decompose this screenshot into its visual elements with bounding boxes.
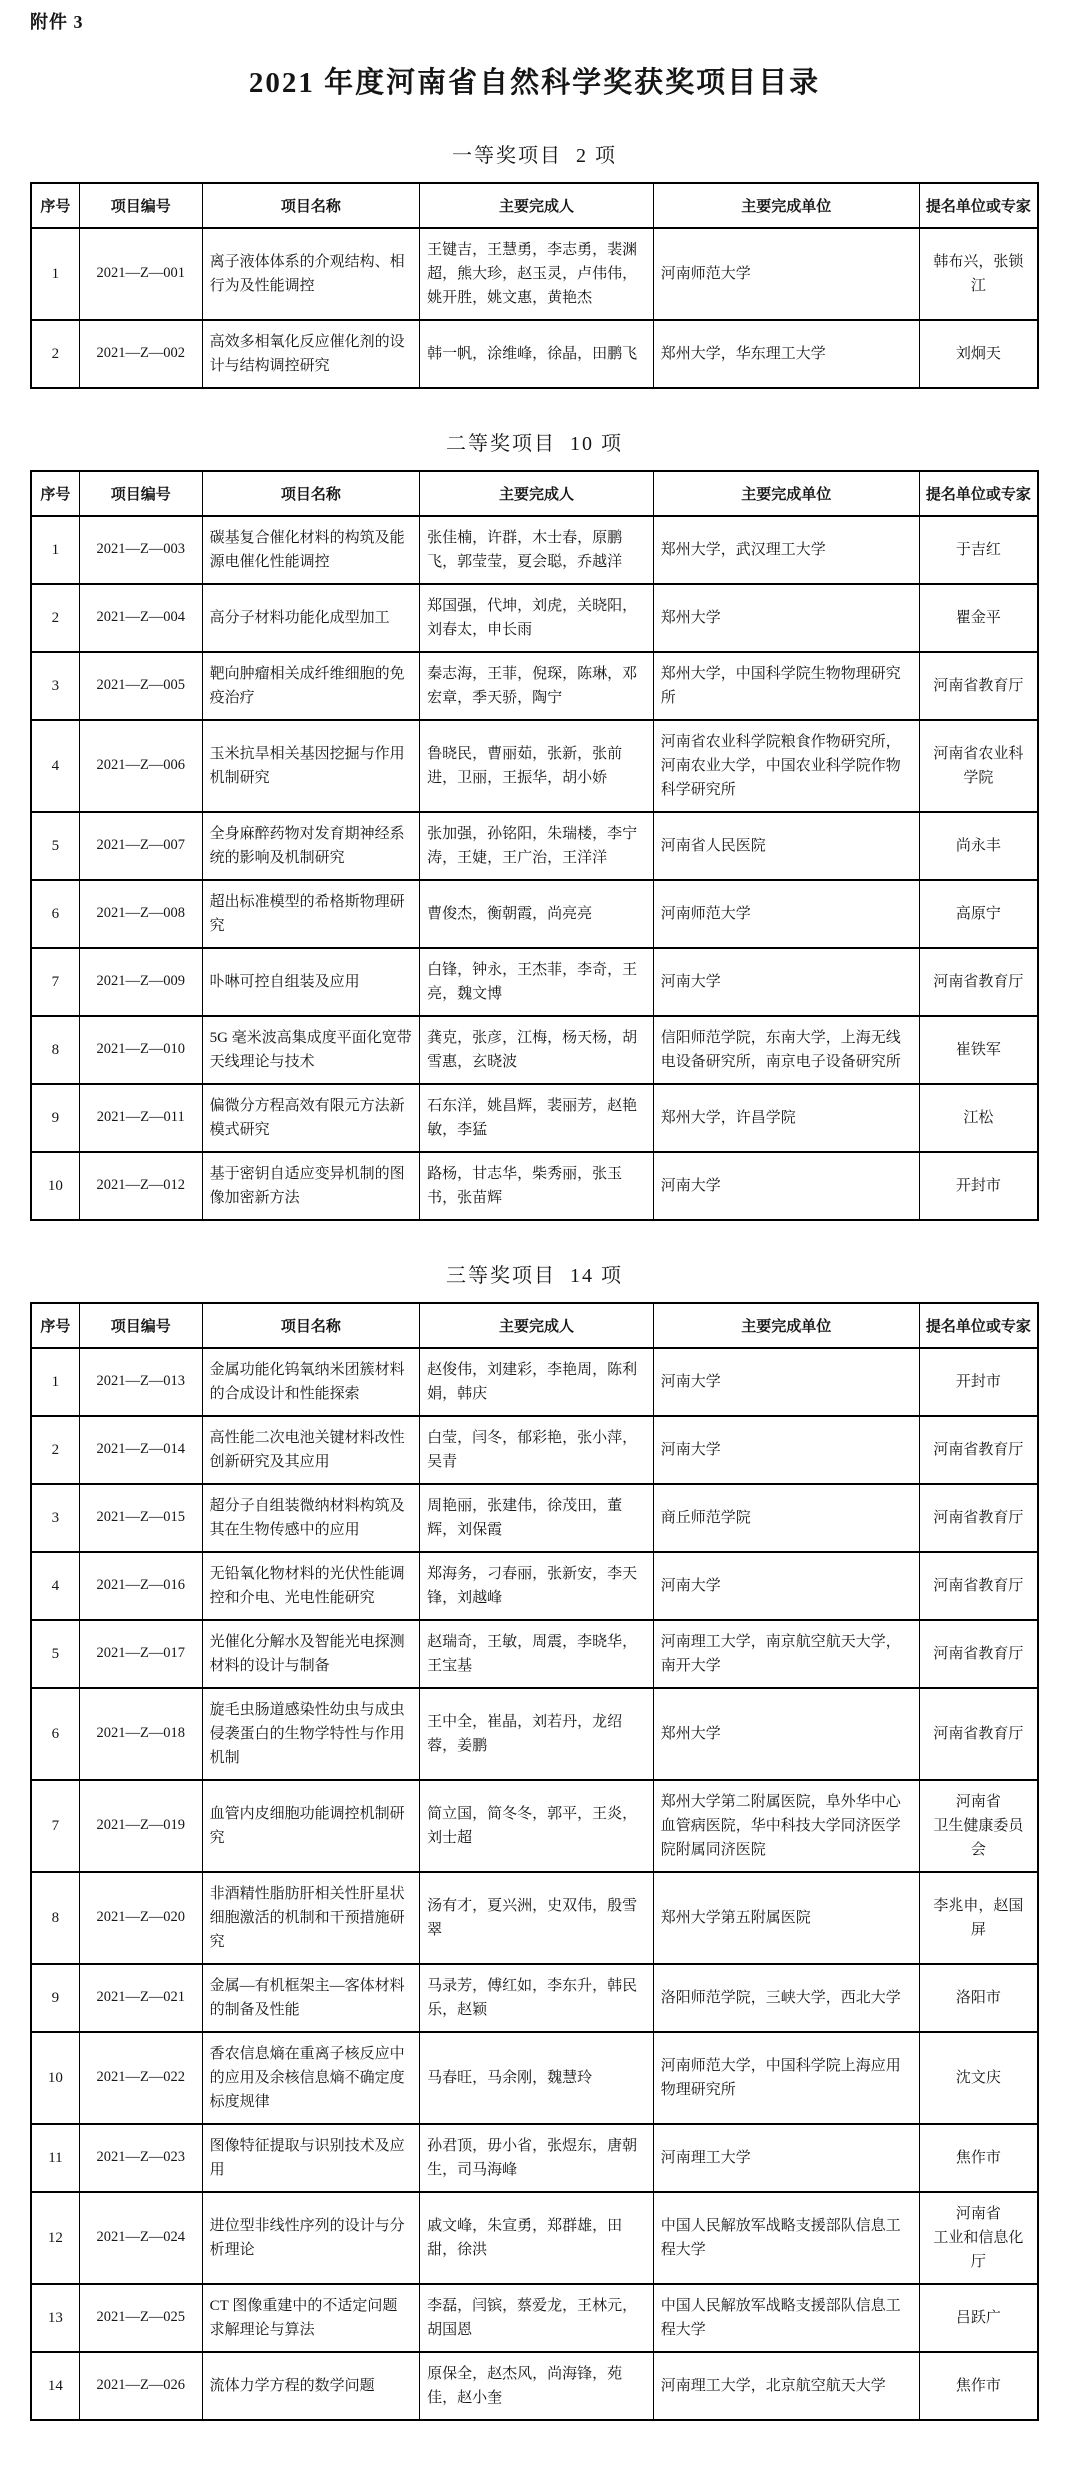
cell-nominator: 河南省 工业和信息化厅: [919, 2192, 1038, 2284]
cell-units: 郑州大学，许昌学院: [653, 1084, 919, 1152]
cell-people: 张佳楠，许群，木士春，原鹏飞，郭莹莹，夏会聪，乔越洋: [420, 516, 654, 584]
cell-units: 信阳师范学院，东南大学，上海无线电设备研究所，南京电子设备研究所: [653, 1016, 919, 1084]
table-row: 102021—Z—022香农信息熵在重离子核反应中的应用及余核信息熵不确定度标度…: [31, 2032, 1038, 2124]
table-row: 62021—Z—018旋毛虫肠道感染性幼虫与成虫侵袭蛋白的生物学特性与作用机制王…: [31, 1688, 1038, 1780]
award-table: 序号 项目编号 项目名称 主要完成人 主要完成单位 提名单位或专家 12021—…: [30, 1302, 1039, 2421]
cell-nominator: 吕跃广: [919, 2284, 1038, 2352]
cell-name: 金属—有机框架主—客体材料的制备及性能: [202, 1964, 420, 2032]
table-row: 112021—Z—023图像特征提取与识别技术及应用孙君顶，毋小省，张煜东，唐朝…: [31, 2124, 1038, 2192]
cell-units: 郑州大学，武汉理工大学: [653, 516, 919, 584]
cell-nominator: 开封市: [919, 1348, 1038, 1416]
award-table: 序号 项目编号 项目名称 主要完成人 主要完成单位 提名单位或专家 12021—…: [30, 182, 1039, 389]
cell-people: 石东洋，姚昌辉，裴丽芳，赵艳敏，李猛: [420, 1084, 654, 1152]
cell-nominator: 河南省教育厅: [919, 1688, 1038, 1780]
cell-name: 玉米抗旱相关基因挖掘与作用机制研究: [202, 720, 420, 812]
cell-name: 超分子自组装微纳材料构筑及其在生物传感中的应用: [202, 1484, 420, 1552]
award-section-second-prize: 二等奖项目 10 项 序号 项目编号 项目名称 主要完成人 主要完成单位 提名单…: [30, 427, 1039, 1221]
cell-name: 血管内皮细胞功能调控机制研究: [202, 1780, 420, 1872]
cell-no: 14: [31, 2352, 79, 2420]
cell-code: 2021—Z—010: [79, 1016, 202, 1084]
header-nominator: 提名单位或专家: [919, 1303, 1038, 1348]
cell-no: 7: [31, 1780, 79, 1872]
table-row: 12021—Z—013金属功能化钨氧纳米团簇材料的合成设计和性能探索赵俊伟，刘建…: [31, 1348, 1038, 1416]
cell-nominator: 河南省教育厅: [919, 652, 1038, 720]
cell-units: 河南师范大学: [653, 880, 919, 948]
cell-name: 离子液体体系的介观结构、相行为及性能调控: [202, 228, 420, 320]
table-row: 52021—Z—017光催化分解水及智能光电探测材料的设计与制备赵瑞奇，王敏，周…: [31, 1620, 1038, 1688]
table-row: 82021—Z—020非酒精性脂肪肝相关性肝星状细胞激活的机制和干预措施研究汤有…: [31, 1872, 1038, 1964]
document-page: 附件 3 2021 年度河南省自然科学奖获奖项目目录 一等奖项目 2 项 序号 …: [0, 0, 1069, 2481]
cell-people: 汤有才，夏兴洲，史双伟，殷雪翠: [420, 1872, 654, 1964]
header-name: 项目名称: [202, 471, 420, 516]
cell-code: 2021—Z—006: [79, 720, 202, 812]
cell-nominator: 江松: [919, 1084, 1038, 1152]
cell-code: 2021—Z—016: [79, 1552, 202, 1620]
cell-no: 12: [31, 2192, 79, 2284]
cell-people: 赵俊伟，刘建彩，李艳周，陈利娟，韩庆: [420, 1348, 654, 1416]
cell-no: 5: [31, 1620, 79, 1688]
table-row: 62021—Z—008超出标准模型的希格斯物理研究曹俊杰，衡朝霞，尚亮亮河南师范…: [31, 880, 1038, 948]
cell-name: 基于密钥自适应变异机制的图像加密新方法: [202, 1152, 420, 1220]
cell-code: 2021—Z—007: [79, 812, 202, 880]
cell-nominator: 河南省教育厅: [919, 1484, 1038, 1552]
cell-units: 郑州大学: [653, 584, 919, 652]
cell-units: 河南师范大学，中国科学院上海应用物理研究所: [653, 2032, 919, 2124]
table-row: 12021—Z—001离子液体体系的介观结构、相行为及性能调控王键吉，王慧勇，李…: [31, 228, 1038, 320]
cell-code: 2021—Z—013: [79, 1348, 202, 1416]
header-no: 序号: [31, 183, 79, 228]
cell-people: 郑海务，刁春丽，张新安，李天锋，刘越峰: [420, 1552, 654, 1620]
cell-code: 2021—Z—014: [79, 1416, 202, 1484]
table-row: 72021—Z—019血管内皮细胞功能调控机制研究简立国，简冬冬，郭平，王炎，刘…: [31, 1780, 1038, 1872]
cell-people: 曹俊杰，衡朝霞，尚亮亮: [420, 880, 654, 948]
cell-name: 流体力学方程的数学问题: [202, 2352, 420, 2420]
table-row: 22021—Z—002高效多相氧化反应催化剂的设计与结构调控研究韩一帆，涂维峰，…: [31, 320, 1038, 388]
cell-units: 郑州大学，中国科学院生物物理研究所: [653, 652, 919, 720]
cell-people: 周艳丽，张建伟，徐茂田，董辉，刘保霞: [420, 1484, 654, 1552]
cell-units: 河南师范大学: [653, 228, 919, 320]
header-people: 主要完成人: [420, 471, 654, 516]
cell-no: 3: [31, 1484, 79, 1552]
cell-people: 简立国，简冬冬，郭平，王炎，刘士超: [420, 1780, 654, 1872]
award-section-first-prize: 一等奖项目 2 项 序号 项目编号 项目名称 主要完成人 主要完成单位 提名单位…: [30, 139, 1039, 389]
cell-nominator: 河南省教育厅: [919, 1416, 1038, 1484]
cell-no: 2: [31, 320, 79, 388]
cell-nominator: 尚永丰: [919, 812, 1038, 880]
cell-name: 光催化分解水及智能光电探测材料的设计与制备: [202, 1620, 420, 1688]
cell-people: 马春旺，马余刚，魏慧玲: [420, 2032, 654, 2124]
cell-name: 旋毛虫肠道感染性幼虫与成虫侵袭蛋白的生物学特性与作用机制: [202, 1688, 420, 1780]
cell-nominator: 开封市: [919, 1152, 1038, 1220]
cell-units: 河南大学: [653, 1348, 919, 1416]
table-row: 22021—Z—004高分子材料功能化成型加工郑国强，代坤，刘虎，关晓阳，刘春太…: [31, 584, 1038, 652]
header-units: 主要完成单位: [653, 183, 919, 228]
cell-units: 河南大学: [653, 1152, 919, 1220]
cell-people: 王中全，崔晶，刘若丹，龙绍蓉，姜鹏: [420, 1688, 654, 1780]
cell-code: 2021—Z—002: [79, 320, 202, 388]
cell-no: 7: [31, 948, 79, 1016]
cell-nominator: 韩布兴，张锁江: [919, 228, 1038, 320]
cell-no: 6: [31, 880, 79, 948]
cell-name: 金属功能化钨氧纳米团簇材料的合成设计和性能探索: [202, 1348, 420, 1416]
table-row: 82021—Z—0105G 毫米波高集成度平面化宽带天线理论与技术龚克，张彦，江…: [31, 1016, 1038, 1084]
table-row: 102021—Z—012基于密钥自适应变异机制的图像加密新方法路杨，甘志华，柴秀…: [31, 1152, 1038, 1220]
cell-units: 河南省农业科学院粮食作物研究所，河南农业大学，中国农业科学院作物科学研究所: [653, 720, 919, 812]
cell-units: 河南大学: [653, 948, 919, 1016]
cell-no: 1: [31, 516, 79, 584]
table-header-row: 序号 项目编号 项目名称 主要完成人 主要完成单位 提名单位或专家: [31, 471, 1038, 516]
cell-people: 孙君顶，毋小省，张煜东，唐朝生，司马海峰: [420, 2124, 654, 2192]
cell-name: 非酒精性脂肪肝相关性肝星状细胞激活的机制和干预措施研究: [202, 1872, 420, 1964]
header-nominator: 提名单位或专家: [919, 183, 1038, 228]
cell-people: 路杨，甘志华，柴秀丽，张玉书，张苗辉: [420, 1152, 654, 1220]
cell-code: 2021—Z—019: [79, 1780, 202, 1872]
cell-nominator: 河南省教育厅: [919, 1552, 1038, 1620]
table-row: 12021—Z—003碳基复合催化材料的构筑及能源电催化性能调控张佳楠，许群，木…: [31, 516, 1038, 584]
cell-nominator: 河南省 卫生健康委员会: [919, 1780, 1038, 1872]
cell-units: 河南大学: [653, 1552, 919, 1620]
cell-people: 郑国强，代坤，刘虎，关晓阳，刘春太，申长雨: [420, 584, 654, 652]
header-people: 主要完成人: [420, 1303, 654, 1348]
cell-units: 中国人民解放军战略支援部队信息工程大学: [653, 2192, 919, 2284]
cell-name: 靶向肿瘤相关成纤维细胞的免疫治疗: [202, 652, 420, 720]
cell-people: 张加强，孙铭阳，朱瑞楼，李宁涛，王婕，王广治，王洋洋: [420, 812, 654, 880]
cell-nominator: 崔铁军: [919, 1016, 1038, 1084]
cell-name: 进位型非线性序列的设计与分析理论: [202, 2192, 420, 2284]
cell-code: 2021—Z—009: [79, 948, 202, 1016]
header-name: 项目名称: [202, 183, 420, 228]
cell-people: 赵瑞奇，王敏，周震，李晓华，王宝基: [420, 1620, 654, 1688]
cell-nominator: 瞿金平: [919, 584, 1038, 652]
section-heading: 二等奖项目 10 项: [30, 427, 1039, 456]
cell-nominator: 河南省教育厅: [919, 948, 1038, 1016]
cell-units: 河南理工大学: [653, 2124, 919, 2192]
cell-name: 高效多相氧化反应催化剂的设计与结构调控研究: [202, 320, 420, 388]
cell-no: 13: [31, 2284, 79, 2352]
cell-people: 鲁晓民，曹丽茹，张新，张前进，卫丽，王振华，胡小娇: [420, 720, 654, 812]
cell-code: 2021—Z—024: [79, 2192, 202, 2284]
attachment-label: 附件 3: [30, 8, 1039, 34]
cell-nominator: 焦作市: [919, 2352, 1038, 2420]
cell-code: 2021—Z—023: [79, 2124, 202, 2192]
cell-code: 2021—Z—003: [79, 516, 202, 584]
cell-nominator: 沈文庆: [919, 2032, 1038, 2124]
cell-units: 河南理工大学，南京航空航天大学，南开大学: [653, 1620, 919, 1688]
cell-name: 图像特征提取与识别技术及应用: [202, 2124, 420, 2192]
table-row: 42021—Z—006玉米抗旱相关基因挖掘与作用机制研究鲁晓民，曹丽茹，张新，张…: [31, 720, 1038, 812]
cell-no: 9: [31, 1084, 79, 1152]
header-code: 项目编号: [79, 1303, 202, 1348]
header-code: 项目编号: [79, 183, 202, 228]
cell-code: 2021—Z—017: [79, 1620, 202, 1688]
header-units: 主要完成单位: [653, 1303, 919, 1348]
cell-nominator: 李兆申，赵国屏: [919, 1872, 1038, 1964]
cell-code: 2021—Z—022: [79, 2032, 202, 2124]
cell-code: 2021—Z—008: [79, 880, 202, 948]
cell-name: 高分子材料功能化成型加工: [202, 584, 420, 652]
cell-name: 无铅氧化物材料的光伏性能调控和介电、光电性能研究: [202, 1552, 420, 1620]
cell-nominator: 河南省农业科学院: [919, 720, 1038, 812]
cell-units: 河南大学: [653, 1416, 919, 1484]
cell-units: 郑州大学: [653, 1688, 919, 1780]
cell-people: 白锋，钟永，王杰菲，李奇，王亮，魏文博: [420, 948, 654, 1016]
table-row: 72021—Z—009卟啉可控自组装及应用白锋，钟永，王杰菲，李奇，王亮，魏文博…: [31, 948, 1038, 1016]
cell-no: 5: [31, 812, 79, 880]
cell-code: 2021—Z—018: [79, 1688, 202, 1780]
section-heading: 一等奖项目 2 项: [30, 139, 1039, 168]
cell-units: 中国人民解放军战略支援部队信息工程大学: [653, 2284, 919, 2352]
cell-code: 2021—Z—012: [79, 1152, 202, 1220]
cell-nominator: 洛阳市: [919, 1964, 1038, 2032]
cell-name: CT 图像重建中的不适定问题求解理论与算法: [202, 2284, 420, 2352]
cell-name: 全身麻醉药物对发育期神经系统的影响及机制研究: [202, 812, 420, 880]
header-name: 项目名称: [202, 1303, 420, 1348]
cell-people: 韩一帆，涂维峰，徐晶，田鹏飞: [420, 320, 654, 388]
cell-no: 8: [31, 1016, 79, 1084]
cell-no: 4: [31, 720, 79, 812]
table-row: 132021—Z—025CT 图像重建中的不适定问题求解理论与算法李磊，闫镔，蔡…: [31, 2284, 1038, 2352]
table-row: 92021—Z—021金属—有机框架主—客体材料的制备及性能马录芳，傅红如，李东…: [31, 1964, 1038, 2032]
cell-people: 龚克，张彦，江梅，杨天杨，胡雪惠，玄晓波: [420, 1016, 654, 1084]
cell-nominator: 于吉红: [919, 516, 1038, 584]
cell-units: 河南省人民医院: [653, 812, 919, 880]
cell-units: 郑州大学，华东理工大学: [653, 320, 919, 388]
cell-units: 洛阳师范学院，三峡大学，西北大学: [653, 1964, 919, 2032]
cell-people: 白莹，闫冬，郁彩艳，张小萍，吴青: [420, 1416, 654, 1484]
table-row: 142021—Z—026流体力学方程的数学问题原保全，赵杰风，尚海锋，苑佳，赵小…: [31, 2352, 1038, 2420]
cell-code: 2021—Z—015: [79, 1484, 202, 1552]
cell-people: 李磊，闫镔，蔡爱龙，王林元，胡国恩: [420, 2284, 654, 2352]
cell-people: 王键吉，王慧勇，李志勇，裴渊超，熊大珍，赵玉灵，卢伟伟，姚开胜，姚文惠，黄艳杰: [420, 228, 654, 320]
cell-nominator: 河南省教育厅: [919, 1620, 1038, 1688]
cell-code: 2021—Z—004: [79, 584, 202, 652]
cell-nominator: 高原宁: [919, 880, 1038, 948]
cell-code: 2021—Z—025: [79, 2284, 202, 2352]
cell-people: 马录芳，傅红如，李东升，韩民乐，赵颖: [420, 1964, 654, 2032]
cell-units: 郑州大学第二附属医院，阜外华中心血管病医院，华中科技大学同济医学院附属同济医院: [653, 1780, 919, 1872]
cell-code: 2021—Z—021: [79, 1964, 202, 2032]
cell-no: 1: [31, 228, 79, 320]
award-section-third-prize: 三等奖项目 14 项 序号 项目编号 项目名称 主要完成人 主要完成单位 提名单…: [30, 1259, 1039, 2421]
table-header-row: 序号 项目编号 项目名称 主要完成人 主要完成单位 提名单位或专家: [31, 183, 1038, 228]
cell-name: 碳基复合催化材料的构筑及能源电催化性能调控: [202, 516, 420, 584]
cell-no: 1: [31, 1348, 79, 1416]
cell-no: 3: [31, 652, 79, 720]
table-row: 32021—Z—005靶向肿瘤相关成纤维细胞的免疫治疗秦志海，王菲，倪琛，陈琳，…: [31, 652, 1038, 720]
table-row: 32021—Z—015超分子自组装微纳材料构筑及其在生物传感中的应用周艳丽，张建…: [31, 1484, 1038, 1552]
table-row: 22021—Z—014高性能二次电池关键材料改性创新研究及其应用白莹，闫冬，郁彩…: [31, 1416, 1038, 1484]
header-nominator: 提名单位或专家: [919, 471, 1038, 516]
award-table: 序号 项目编号 项目名称 主要完成人 主要完成单位 提名单位或专家 12021—…: [30, 470, 1039, 1221]
cell-no: 8: [31, 1872, 79, 1964]
cell-name: 卟啉可控自组装及应用: [202, 948, 420, 1016]
cell-nominator: 刘炯天: [919, 320, 1038, 388]
header-units: 主要完成单位: [653, 471, 919, 516]
cell-code: 2021—Z—001: [79, 228, 202, 320]
cell-nominator: 焦作市: [919, 2124, 1038, 2192]
cell-code: 2021—Z—020: [79, 1872, 202, 1964]
cell-no: 4: [31, 1552, 79, 1620]
cell-code: 2021—Z—005: [79, 652, 202, 720]
cell-units: 河南理工大学，北京航空航天大学: [653, 2352, 919, 2420]
cell-no: 10: [31, 1152, 79, 1220]
table-row: 92021—Z—011偏微分方程高效有限元方法新模式研究石东洋，姚昌辉，裴丽芳，…: [31, 1084, 1038, 1152]
cell-name: 5G 毫米波高集成度平面化宽带天线理论与技术: [202, 1016, 420, 1084]
header-no: 序号: [31, 471, 79, 516]
cell-people: 原保全，赵杰风，尚海锋，苑佳，赵小奎: [420, 2352, 654, 2420]
table-row: 52021—Z—007全身麻醉药物对发育期神经系统的影响及机制研究张加强，孙铭阳…: [31, 812, 1038, 880]
cell-code: 2021—Z—011: [79, 1084, 202, 1152]
section-heading: 三等奖项目 14 项: [30, 1259, 1039, 1288]
cell-people: 秦志海，王菲，倪琛，陈琳，邓宏章，季天骄，陶宁: [420, 652, 654, 720]
cell-name: 偏微分方程高效有限元方法新模式研究: [202, 1084, 420, 1152]
cell-name: 超出标准模型的希格斯物理研究: [202, 880, 420, 948]
cell-units: 郑州大学第五附属医院: [653, 1872, 919, 1964]
table-row: 42021—Z—016无铅氧化物材料的光伏性能调控和介电、光电性能研究郑海务，刁…: [31, 1552, 1038, 1620]
cell-units: 商丘师范学院: [653, 1484, 919, 1552]
cell-no: 10: [31, 2032, 79, 2124]
cell-no: 2: [31, 1416, 79, 1484]
cell-no: 9: [31, 1964, 79, 2032]
header-no: 序号: [31, 1303, 79, 1348]
header-code: 项目编号: [79, 471, 202, 516]
cell-code: 2021—Z—026: [79, 2352, 202, 2420]
header-people: 主要完成人: [420, 183, 654, 228]
cell-people: 戚文峰，朱宣勇，郑群雄，田甜，徐洪: [420, 2192, 654, 2284]
page-title: 2021 年度河南省自然科学奖获奖项目目录: [30, 60, 1039, 101]
table-header-row: 序号 项目编号 项目名称 主要完成人 主要完成单位 提名单位或专家: [31, 1303, 1038, 1348]
cell-no: 11: [31, 2124, 79, 2192]
cell-no: 2: [31, 584, 79, 652]
table-row: 122021—Z—024进位型非线性序列的设计与分析理论戚文峰，朱宣勇，郑群雄，…: [31, 2192, 1038, 2284]
cell-name: 高性能二次电池关键材料改性创新研究及其应用: [202, 1416, 420, 1484]
cell-no: 6: [31, 1688, 79, 1780]
cell-name: 香农信息熵在重离子核反应中的应用及余核信息熵不确定度标度规律: [202, 2032, 420, 2124]
